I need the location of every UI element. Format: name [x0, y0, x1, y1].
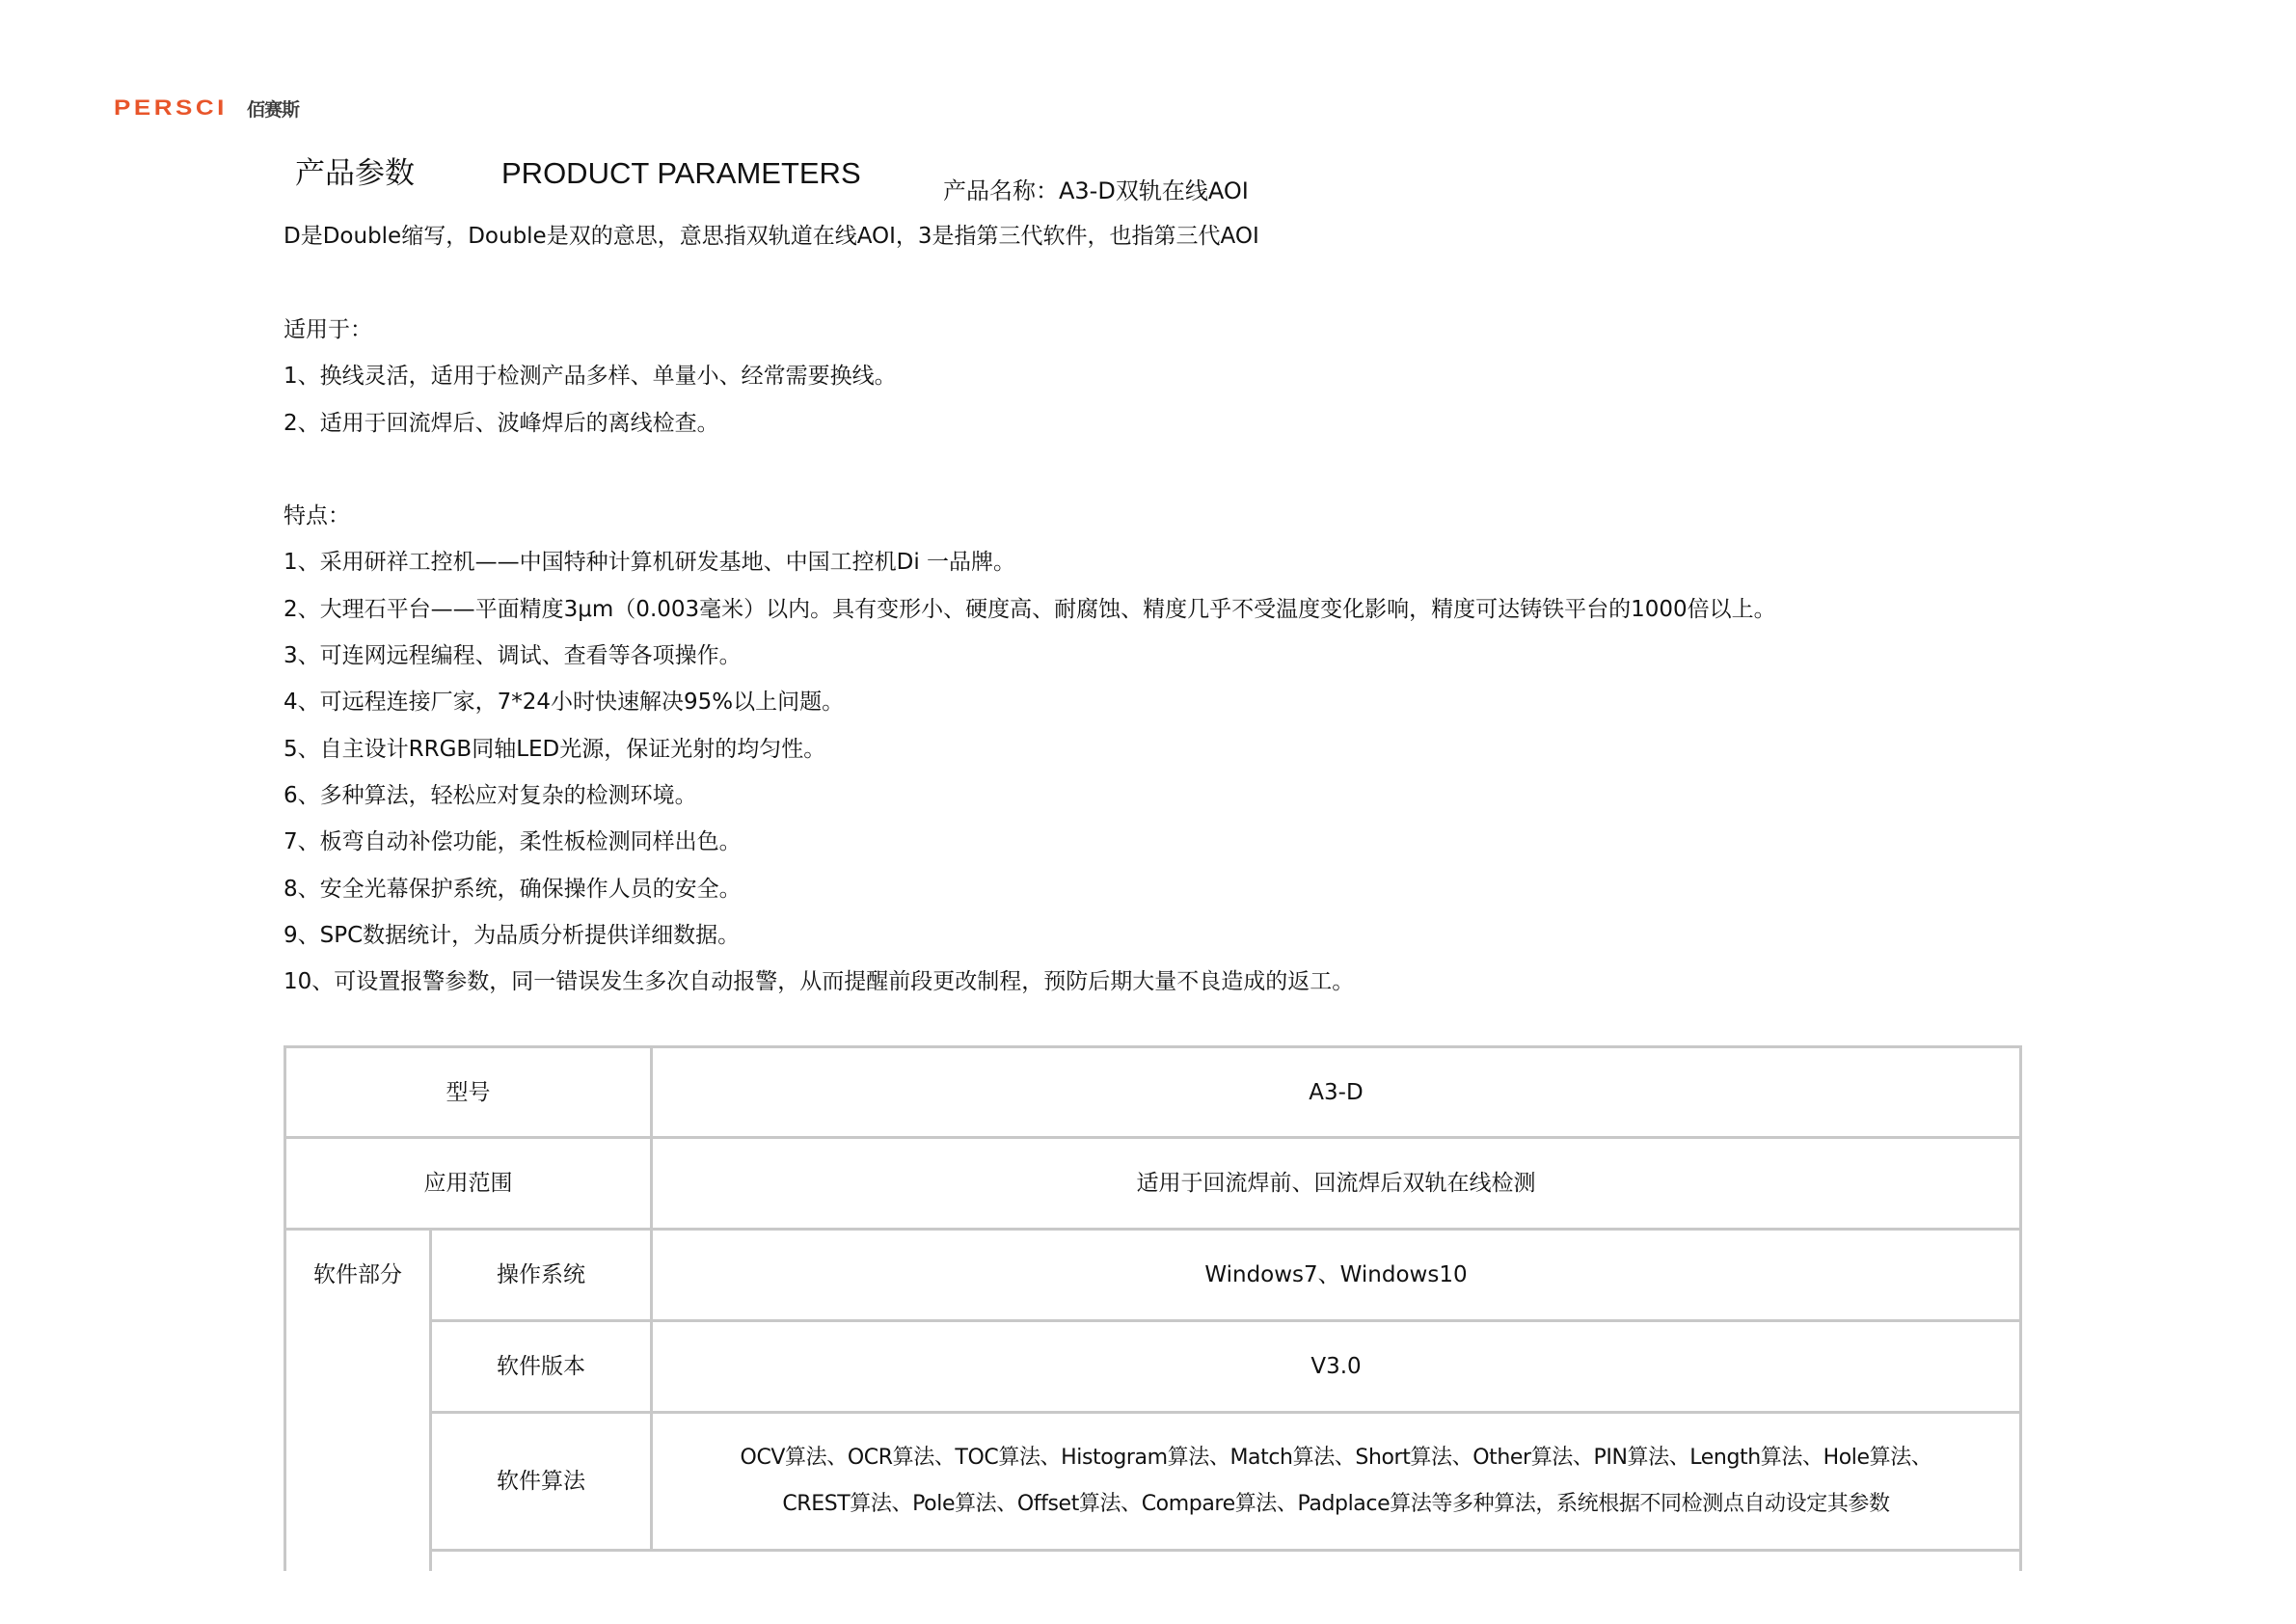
- algorithm-label: 软件算法: [431, 1413, 652, 1551]
- product-name: 产品名称：A3-D双轨在线AOI: [943, 176, 1249, 206]
- feature-item: 7、板弯自动补偿功能，柔性板检测同样出色。: [284, 826, 742, 857]
- feature-item: 2、大理石平台——平面精度3μm（0.003毫米）以内。具有变形小、硬度高、耐腐…: [284, 594, 1776, 625]
- feature-item: 4、可远程连接厂家，7*24小时快速解决95%以上问题。: [284, 687, 844, 717]
- scope-label: 应用范围: [285, 1138, 652, 1230]
- feature-item: 10、可设置报警参数，同一错误发生多次自动报警，从而提醒前段更改制程，预防后期大…: [284, 966, 1354, 997]
- page-title-en: PRODUCT PARAMETERS: [501, 154, 861, 193]
- applicable-item: 1、换线灵活，适用于检测产品多样、单量小、经常需要换线。: [284, 361, 897, 392]
- applicable-item: 2、适用于回流焊后、波峰焊后的离线检查。: [284, 408, 719, 439]
- algorithm-value-line1: OCV算法、OCR算法、TOC算法、Histogram算法、Match算法、Sh…: [653, 1435, 2019, 1481]
- intro-text: D是Double缩写，Double是双的意思，意思指双轨道在线AOI，3是指第三…: [284, 221, 1259, 252]
- model-value: A3-D: [652, 1047, 2021, 1138]
- version-value: V3.0: [652, 1321, 2021, 1413]
- algorithm-value-line2: CREST算法、Pole算法、Offset算法、Compare算法、Padpla…: [653, 1481, 2019, 1528]
- feature-item: 9、SPC数据统计，为品质分析提供详细数据。: [284, 920, 740, 951]
- feature-item: 8、安全光幕保护系统，确保操作人员的安全。: [284, 874, 742, 905]
- feature-item: 1、采用研祥工控机——中国特种计算机研发基地、中国工控机Di 一品牌。: [284, 547, 1015, 578]
- feature-item: 3、可连网远程编程、调试、查看等各项操作。: [284, 640, 742, 671]
- table-row: 型号 A3-D: [285, 1047, 2021, 1138]
- page-title-cn: 产品参数: [295, 154, 415, 193]
- table-row: 应用范围 适用于回流焊前、回流焊后双轨在线检测: [285, 1138, 2021, 1230]
- applicable-heading: 适用于：: [284, 314, 372, 345]
- table-row: 软件部分 操作系统 Windows7、Windows10: [285, 1230, 2021, 1321]
- page-bottom-margin: [0, 1571, 2296, 1624]
- algorithm-value: OCV算法、OCR算法、TOC算法、Histogram算法、Match算法、Sh…: [652, 1413, 2021, 1551]
- brand-logo: PERSCI 佰赛斯: [114, 95, 299, 121]
- os-value: Windows7、Windows10: [652, 1230, 2021, 1321]
- spec-table: 型号 A3-D 应用范围 适用于回流焊前、回流焊后双轨在线检测 软件部分 操作系…: [284, 1045, 2022, 1610]
- scope-value: 适用于回流焊前、回流焊后双轨在线检测: [652, 1138, 2021, 1230]
- feature-item: 6、多种算法，轻松应对复杂的检测环境。: [284, 780, 697, 811]
- os-label: 操作系统: [431, 1230, 652, 1321]
- logo-text-en: PERSCI: [114, 95, 268, 121]
- table-row: 软件算法 OCV算法、OCR算法、TOC算法、Histogram算法、Match…: [285, 1413, 2021, 1551]
- table-row: 软件版本 V3.0: [285, 1321, 2021, 1413]
- version-label: 软件版本: [431, 1321, 652, 1413]
- software-group-label: 软件部分: [285, 1230, 431, 1609]
- model-label: 型号: [285, 1047, 652, 1138]
- feature-item: 5、自主设计RRGB同轴LED光源，保证光射的均匀性。: [284, 734, 825, 765]
- features-heading: 特点：: [284, 501, 350, 531]
